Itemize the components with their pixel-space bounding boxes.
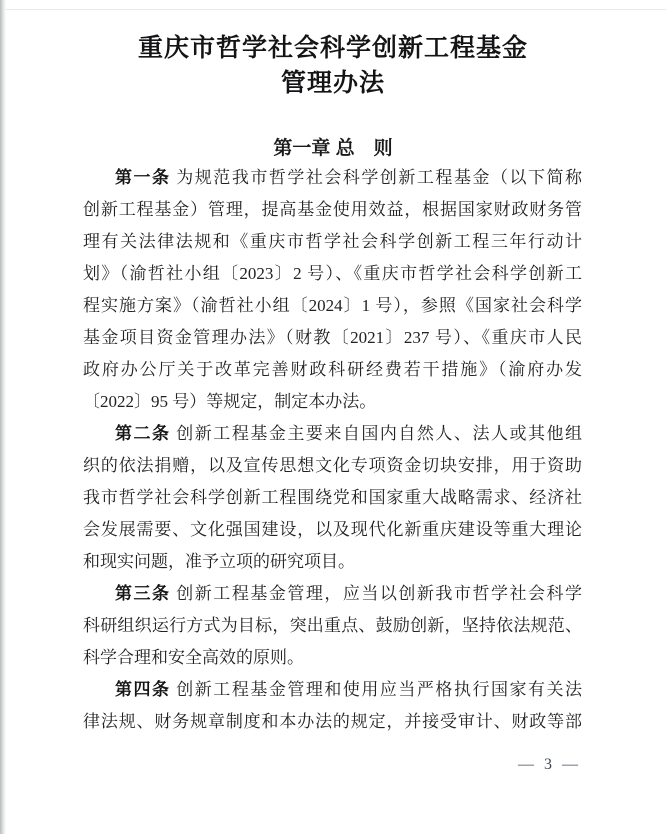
scan-left-edge bbox=[0, 0, 6, 834]
chapter-heading: 第一章 总 则 bbox=[83, 133, 583, 160]
body-line: 程实施方案》（渝哲社小组〔2024〕1 号），参照《国家社会科学 bbox=[83, 290, 582, 322]
body-line: 划》（渝哲社小组〔2023〕2 号）、《重庆市哲学社会科学创新工 bbox=[83, 258, 582, 290]
article-label: 第四条 bbox=[115, 680, 171, 699]
body-line: 创新工程基金）管理，提高基金使用效益，根据国家财政财务管 bbox=[83, 194, 582, 226]
body-line: 和现实问题，准予立项的研究项目。 bbox=[83, 546, 582, 578]
body-line: 会发展需要、文化强国建设，以及现代化新重庆建设等重大理论 bbox=[83, 514, 582, 546]
body-line: 理有关法律法规和《重庆市哲学社会科学创新工程三年行动计 bbox=[83, 226, 582, 258]
body-line: 第三条 创新工程基金管理，应当以创新我市哲学社会科学 bbox=[83, 578, 582, 610]
body-line: 科学合理和安全高效的原则。 bbox=[83, 642, 582, 674]
body-line: 〔2022〕95 号）等规定，制定本办法。 bbox=[83, 386, 582, 418]
scan-top-edge bbox=[6, 9, 666, 10]
document-title-line1: 重庆市哲学社会科学创新工程基金 bbox=[138, 35, 528, 62]
article-label: 第二条 bbox=[115, 424, 171, 443]
body-line: 我市哲学社会科学创新工程围绕党和国家重大战略需求、经济社 bbox=[83, 482, 582, 514]
body-line: 织的依法捐赠，以及宣传思想文化专项资金切块安排，用于资助 bbox=[83, 450, 582, 482]
body-line: 科研组织运行方式为目标，突出重点、鼓励创新，坚持依法规范、 bbox=[83, 610, 582, 642]
body-line: 基金项目资金管理办法》（财教〔2021〕237 号）、《重庆市人民 bbox=[83, 322, 582, 354]
page-number: — 3 — bbox=[518, 756, 581, 774]
article-label: 第一条 bbox=[115, 168, 171, 187]
document-body: 第一条 为规范我市哲学社会科学创新工程基金（以下简称创新工程基金）管理，提高基金… bbox=[83, 162, 582, 738]
body-line: 律法规、财务规章制度和本办法的规定，并接受审计、财政等部 bbox=[83, 706, 582, 738]
document-page: 重庆市哲学社会科学创新工程基金 管理办法 第一章 总 则 第一条 为规范我市哲学… bbox=[0, 0, 666, 834]
body-line: 政府办公厅关于改革完善财政科研经费若干措施》（渝府办发 bbox=[83, 354, 582, 386]
document-title-line2: 管理办法 bbox=[281, 70, 385, 97]
body-line: 第一条 为规范我市哲学社会科学创新工程基金（以下简称 bbox=[83, 162, 582, 194]
body-line: 第二条 创新工程基金主要来自国内自然人、法人或其他组 bbox=[83, 418, 582, 450]
article-label: 第三条 bbox=[115, 584, 171, 603]
body-line: 第四条 创新工程基金管理和使用应当严格执行国家有关法 bbox=[83, 674, 582, 706]
document-title: 重庆市哲学社会科学创新工程基金 管理办法 bbox=[83, 31, 583, 101]
